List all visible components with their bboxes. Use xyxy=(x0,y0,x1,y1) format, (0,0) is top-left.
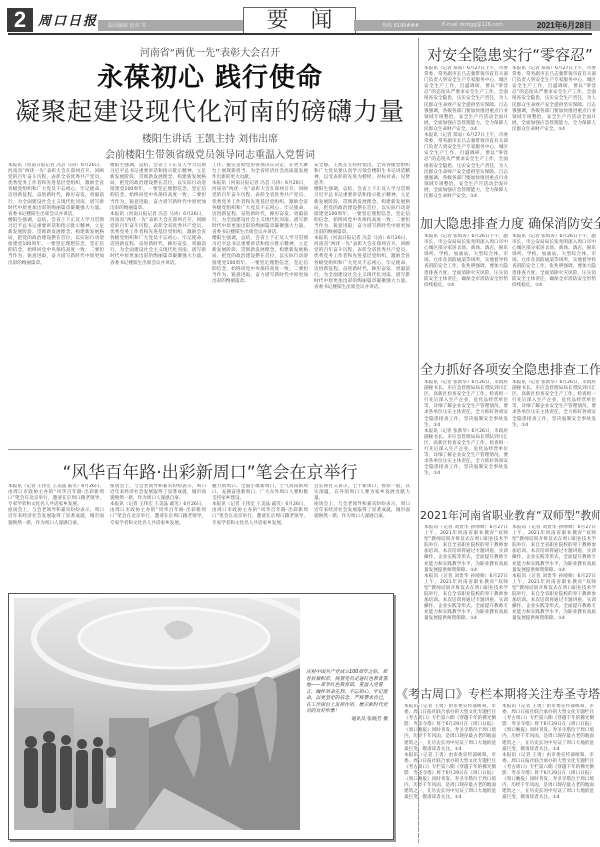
museum-visit-photo-icon xyxy=(14,598,300,830)
article-2-body-2: 本报讯（记者 张海涛）6月26日下午，副市长、市公安局局长张兆明深入周口市中心城… xyxy=(512,234,596,289)
lead-body-4: 安全感。王凯在主持时指出，全省各级党组织和广大党员要认真学习领会楼阳生书记讲话精… xyxy=(314,163,410,187)
feature-body-1b: 座谈会上，与会老领导和嘉宾纷纷表示，周口近年来经济社会发展取得了显著成就，城市面… xyxy=(8,508,104,526)
lead-body-4c: 本报讯（河南日报记者 冯芸 马涛）6月26日，河南省“两优一先”表彰大会在郑州召… xyxy=(314,236,410,291)
lead-column-1: 本报讯（河南日报记者 冯芸 马涛）6月26日，河南省“两优一先”表彰大会在郑州召… xyxy=(8,163,104,445)
lead-body-3b: 本报讯（河南日报记者 冯芸 马涛）6月26日，河南省“两优一先”表彰大会在郑州召… xyxy=(212,181,308,236)
feature-body-1: 本报讯（记者 王伟宏 王美晶 戚笑）6月26日，由周口市政协主办的“风华百年路·… xyxy=(8,484,104,508)
feature-headline: “风华百年路·出彩新周口”笔会在京举行 xyxy=(0,458,420,483)
lead-body-2b: 本报讯（河南日报记者 冯芸 马涛）6月26日，河南省“两优一先”表彰大会在郑州召… xyxy=(110,212,206,267)
article-1-headline: 对安全隐患实行“零容忍” xyxy=(420,44,600,65)
hotline: 热线 8199### xyxy=(382,22,419,29)
lead-column-2: 楼阳生强调，总结、会省上下正反人学习贯彻习近平总书记重要讲话和指示批示精神，立足… xyxy=(110,163,206,445)
article-4-body-cont: 本报讯（记者 刘贵华 孙帅帅）6月27日上午，2021年河南省职业教育“双师型”… xyxy=(424,574,508,623)
section-title: 要闻 xyxy=(244,8,355,34)
article-3-body-2: 本报讯（记者 张新华）6月26日，市政府副秘书长、市应急管理局局长带队到川汇区、… xyxy=(512,380,596,429)
article-5-body: 本报讯（记者 王勇）由市委宣传部统筹，市委、周口日报社联合承办的大型文化专题栏目… xyxy=(404,704,496,753)
article-2-headline: 加大隐患排查力度 确保消防安全 xyxy=(420,213,600,232)
article-1-col-1: 本报讯（记者 郑易）6月27日上午，市委常委、常务副市长吕志强带领市直有关部门负… xyxy=(424,66,508,211)
masthead-band-left: 版面编辑 校对 等 xyxy=(98,20,243,31)
article-3-body: 本报讯（记者 张新华）6月26日，市政府副秘书长、市应急管理局局长带队到川汇区、… xyxy=(424,380,508,429)
article-3-col-2: 本报讯（记者 张新华）6月26日，市政府副秘书长、市应急管理局局长带队到川汇区、… xyxy=(512,380,596,500)
feature-body-3: 魅力新周口、全面小康新周口，士气高昂新周口、充满奋进新周口，广大在外周口人要积极… xyxy=(212,484,308,502)
article-2-body: 本报讯（记者 张海涛）6月26日下午，副市长、市公安局局长张兆明深入周口市中心城… xyxy=(424,234,508,289)
caption-text: 庆祝中国共产党成立100周年之际，郑卷县旗帜彩，扬誉党员走进红色教育基地——郑华… xyxy=(306,670,388,714)
article-4-col-1: 本报讯（记者 刘贵华 孙帅帅）6月27日上午，2021年河南省职业教育“双师型”… xyxy=(424,525,508,675)
article-4-body-2b: 本报讯（记者 刘贵华 孙帅帅）6月27日上午，2021年河南省职业教育“双师型”… xyxy=(512,574,596,623)
article-3-body-cont: 本报讯（记者 张新华）6月26日，市政府副秘书长、市应急管理局局长带队到川汇区、… xyxy=(424,429,508,478)
feature-column-4: 会长鲁付义表示，七十新周口，看似一般，其实深蕴，在外的周口人要为家乡发展贡献力量… xyxy=(314,484,410,588)
photo-credit: 通讯员 张晓芳 摄 xyxy=(306,717,388,724)
feature-body-2b: 本报讯（记者 王伟宏 王美晶 戚笑）6月26日，由周口市政协主办的“风华百年路·… xyxy=(110,502,206,526)
feature-body-3b: 本报讯（记者 王伟宏 王美晶 戚笑）6月26日，由周口市政协主办的“风华百年路·… xyxy=(212,502,308,526)
lead-body-3c: 楼阳生强调，总结、会省上下正反人学习贯彻习近平总书记重要讲话和指示批示精神，立足… xyxy=(212,236,308,285)
lead-body-3: 工作，据实贯彻党的各项决议决定，在更大舞台上展现新担当，为全省经济社会高质量发展… xyxy=(212,163,308,181)
feature-body-4: 会长鲁付义表示，七十新周口，看似一般，其实深蕴，在外的周口人要为家乡发展贡献力量… xyxy=(314,484,410,502)
feature-column-2: 座谈会上，与会老领导和嘉宾纷纷表示，周口近年来经济社会发展取得了显著成就，城市面… xyxy=(110,484,206,588)
lead-body-1: 本报讯（河南日报记者 冯芸 马涛）6月26日，河南省“两优一先”表彰大会在郑州召… xyxy=(8,163,104,218)
article-5-col-2: 本报讯（记者 王勇）由市委宣传部统筹，市委、周口日报社联合承办的大型文化专题栏目… xyxy=(502,704,594,842)
lead-column-3: 工作，据实贯彻党的各项决议决定，在更大舞台上展现新担当，为全省经济社会高质量发展… xyxy=(212,163,308,445)
article-1-body: 本报讯（记者 郑易）6月27日上午，市委常委、常务副市长吕志强带领市直有关部门负… xyxy=(424,66,508,133)
photo-caption: 庆祝中国共产党成立100周年之际，郑卷县旗帜彩，扬誉党员走进红色教育基地——郑华… xyxy=(306,670,388,723)
article-5-body-2: 本报讯（记者 王勇）由市委宣传部统筹，市委、周口日报社联合承办的大型文化专题栏目… xyxy=(502,704,594,753)
page-number: 2 xyxy=(7,8,33,32)
news-photo xyxy=(14,598,300,830)
article-4-col-2: 本报讯（记者 刘贵华 孙帅帅）6月27日上午，2021年河南省职业教育“双师型”… xyxy=(512,525,596,675)
feature-column-3: 魅力新周口、全面小康新周口，士气高昂新周口、充满奋进新周口，广大在外周口人要积极… xyxy=(212,484,308,588)
feature-body-4b: 座谈会上，与会老领导和嘉宾纷纷表示，周口近年来经济社会发展取得了显著成就，城市面… xyxy=(314,502,410,520)
article-1-col-2: 本报讯（记者 郑易）6月27日上午，市委常委、常务副市长吕志强带领市直有关部门负… xyxy=(512,66,596,211)
article-3-col-1: 本报讯（记者 张新华）6月26日，市政府副秘书长、市应急管理局局长带队到川汇区、… xyxy=(424,380,508,500)
lead-column-4: 安全感。王凯在主持时指出，全省各级党组织和广大党员要认真学习领会楼阳生书记讲话精… xyxy=(314,163,410,445)
newspaper-logo: 周口日报 xyxy=(38,10,98,29)
lead-subhead-2: 会前楼阳生带领省级党员领导同志重温入党誓词 xyxy=(0,146,420,161)
lead-headline-secondary: 凝聚起建设现代化河南的磅礴力量 xyxy=(0,92,420,128)
article-1-body-cont: 本报讯（记者 郑易）6月27日上午，市委常委、常务副市长吕志强带领市直有关部门负… xyxy=(424,133,508,200)
article-4-headline: 2021年河南省职业教育“双师型”教师培训开班 xyxy=(420,507,600,523)
article-4-body: 本报讯（记者 刘贵华 孙帅帅）6月27日上午，2021年河南省职业教育“双师型”… xyxy=(424,525,508,574)
editor-line: 版面编辑 校对 等 xyxy=(108,22,146,29)
lead-headline-main: 永葆初心 践行使命 xyxy=(0,57,420,94)
article-5-body-2b: 本报讯（记者 王勇）由市委宣传部统筹，市委、周口日报社联合承办的大型文化专题栏目… xyxy=(502,753,594,802)
section-tab: 要闻 xyxy=(243,7,356,34)
issue-date: 2021年6月28日 xyxy=(537,20,592,31)
article-5-col-1: 本报讯（记者 王勇）由市委宣传部统筹，市委、周口日报社联合承办的大型文化专题栏目… xyxy=(404,704,496,842)
masthead-band-right: 热线 8199### E-mail zkrbgg@126.com 2021年6月… xyxy=(354,20,600,31)
article-2-col-2: 本报讯（记者 张海涛）6月26日下午，副市长、市公安局局长张兆明深入周口市中心城… xyxy=(512,234,596,354)
feature-column-1: 本报讯（记者 王伟宏 王美晶 戚笑）6月26日，由周口市政协主办的“风华百年路·… xyxy=(8,484,104,588)
article-5-body-cont: 本报讯（记者 王勇）由市委宣传部统筹，市委、周口日报社联合承办的大型文化专题栏目… xyxy=(404,753,496,802)
lead-subhead: 楼阳生讲话 王凯主持 刘伟出席 xyxy=(0,130,420,145)
article-2-col-1: 本报讯（记者 张海涛）6月26日下午，副市长、市公安局局长张兆明深入周口市中心城… xyxy=(424,234,508,354)
lead-body-4b: 楼阳生强调，总结、会省上下正反人学习贯彻习近平总书记重要讲话和指示批示精神，立足… xyxy=(314,187,410,236)
article-3-headline: 全力抓好各项安全隐患排查工作 xyxy=(420,359,600,378)
masthead-rule xyxy=(8,33,592,35)
article-4-body-2: 本报讯（记者 刘贵华 孙帅帅）6月27日上午，2021年河南省职业教育“双师型”… xyxy=(512,525,596,574)
section-divider xyxy=(8,449,412,450)
article-1-body-2: 本报讯（记者 郑易）6月27日上午，市委常委、常务副市长吕志强带领市直有关部门负… xyxy=(512,66,596,133)
article-5-headline: 《考古周口》专栏本期将关注寿圣寺塔 xyxy=(396,685,600,702)
lead-body-1b: 楼阳生强调，总结、会省上下正反人学习贯彻习近平总书记重要讲话和指示批示精神，立足… xyxy=(8,218,104,267)
lead-body-2: 楼阳生强调，总结、会省上下正反人学习贯彻习近平总书记重要讲话和指示批示精神，立足… xyxy=(110,163,206,212)
feature-body-2: 座谈会上，与会老领导和嘉宾纷纷表示，周口近年来经济社会发展取得了显著成就，城市面… xyxy=(110,484,206,502)
email: E-mail zkrbgg@126.com xyxy=(442,22,503,28)
